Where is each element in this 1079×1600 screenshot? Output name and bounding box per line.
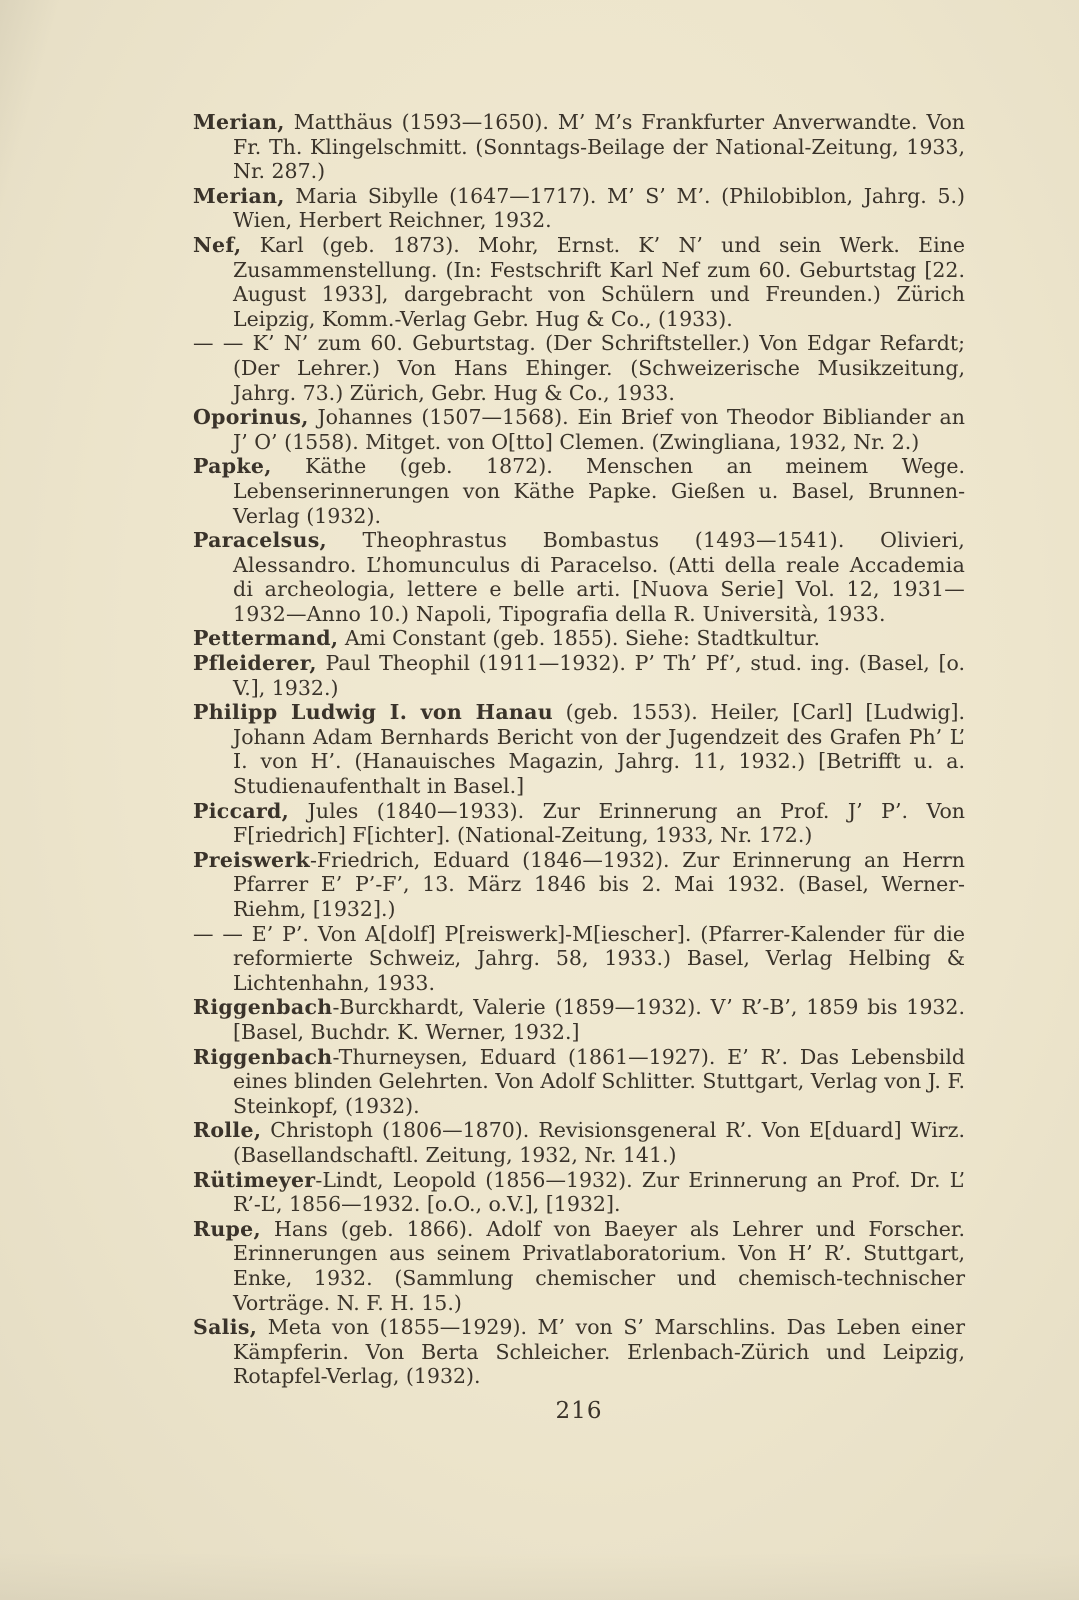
- entry-text: Matthäus (1593—1650). M’ M’s Frankfurter…: [233, 110, 965, 183]
- bibliography-entry: Pfleiderer, Paul Theophil (1911—1932). P…: [193, 651, 965, 700]
- entry-name: Riggenbach: [193, 995, 332, 1019]
- entry-name: Philipp Ludwig I. von Hanau: [193, 700, 553, 724]
- entry-name: Riggenbach: [193, 1045, 332, 1069]
- entry-text: Paul Theophil (1911—1932). P’ Th’ Pf’, s…: [233, 651, 965, 700]
- entry-text: -Thurneysen, Eduard (1861—1927). E’ R’. …: [233, 1045, 965, 1118]
- bibliography-entry: Piccard, Jules (1840—1933). Zur Erinneru…: [193, 799, 965, 848]
- entry-name: Paracelsus,: [193, 528, 327, 552]
- bibliography-entry: Preiswerk-Friedrich, Eduard (1846—1932).…: [193, 848, 965, 922]
- entry-text: Käthe (geb. 1872). Menschen an meinem We…: [233, 454, 965, 527]
- bibliography-entry: Paracelsus, Theophrastus Bombastus (1493…: [193, 528, 965, 626]
- entry-text: Johannes (1507—1568). Ein Brief von Theo…: [233, 405, 965, 454]
- entry-text: Hans (geb. 1866). Adolf von Baeyer als L…: [233, 1217, 965, 1315]
- entry-name: Pfleiderer,: [193, 651, 317, 675]
- entry-text: Meta von (1855—1929). M’ von S’ Marschli…: [233, 1315, 965, 1388]
- entry-name: Piccard,: [193, 799, 289, 823]
- entry-text: Jules (1840—1933). Zur Erinnerung an Pro…: [233, 799, 965, 848]
- bibliography-entry: Oporinus, Johannes (1507—1568). Ein Brie…: [193, 405, 965, 454]
- entry-name: Merian,: [193, 184, 285, 208]
- entry-text: Ami Constant (geb. 1855). Siehe: Stadtku…: [338, 626, 820, 650]
- entry-text: Karl (geb. 1873). Mohr, Ernst. K’ N’ und…: [233, 233, 965, 331]
- entry-name: Oporinus,: [193, 405, 309, 429]
- bibliography-entry: Salis, Meta von (1855—1929). M’ von S’ M…: [193, 1315, 965, 1389]
- entry-name: Salis,: [193, 1315, 257, 1339]
- entry-name: Pettermand,: [193, 626, 338, 650]
- page-number: 216: [193, 1398, 965, 1424]
- entry-text: -Burckhardt, Valerie (1859—1932). V’ R’-…: [233, 995, 965, 1044]
- bibliography-entry: Philipp Ludwig I. von Hanau (geb. 1553).…: [193, 700, 965, 798]
- entry-name: Nef,: [193, 233, 242, 257]
- entry-text: -Lindt, Leopold (1856—1932). Zur Erinner…: [233, 1168, 965, 1217]
- entry-name: Rupe,: [193, 1217, 261, 1241]
- bibliography-entry: Riggenbach-Thurneysen, Eduard (1861—1927…: [193, 1045, 965, 1119]
- bibliography-entry: Rütimeyer-Lindt, Leopold (1856—1932). Zu…: [193, 1168, 965, 1217]
- entry-text: Christoph (1806—1870). Revisionsgeneral …: [233, 1118, 965, 1167]
- bibliography-entry: Merian, Maria Sibylle (1647—1717). M’ S’…: [193, 184, 965, 233]
- entry-name: Preiswerk: [193, 848, 310, 872]
- entry-text: — — E’ P’. Von A[dolf] P[reiswerk]-M[ies…: [193, 922, 965, 995]
- bibliography-entry: Riggenbach-Burckhardt, Valerie (1859—193…: [193, 995, 965, 1044]
- bibliography-entry: Rupe, Hans (geb. 1866). Adolf von Baeyer…: [193, 1217, 965, 1315]
- entry-name: Papke,: [193, 454, 272, 478]
- entry-name: Merian,: [193, 110, 285, 134]
- bibliography-entry: — — E’ P’. Von A[dolf] P[reiswerk]-M[ies…: [193, 922, 965, 996]
- bibliography-entry: — — K’ N’ zum 60. Geburtstag. (Der Schri…: [193, 331, 965, 405]
- bibliography-entry: Pettermand, Ami Constant (geb. 1855). Si…: [193, 626, 965, 651]
- entry-text: Theophrastus Bombastus (1493—1541). Oliv…: [233, 528, 965, 626]
- entry-text: -Friedrich, Eduard (1846—1932). Zur Erin…: [233, 848, 965, 921]
- bibliography-entry: Papke, Käthe (geb. 1872). Menschen an me…: [193, 454, 965, 528]
- entry-name: Rütimeyer: [193, 1168, 315, 1192]
- entry-text: Maria Sibylle (1647—1717). M’ S’ M’. (Ph…: [233, 184, 965, 233]
- bibliography-entry: Merian, Matthäus (1593—1650). M’ M’s Fra…: [193, 110, 965, 184]
- bibliography-entry: Rolle, Christoph (1806—1870). Revisionsg…: [193, 1118, 965, 1167]
- bibliography-entry: Nef, Karl (geb. 1873). Mohr, Ernst. K’ N…: [193, 233, 965, 331]
- entry-text: — — K’ N’ zum 60. Geburtstag. (Der Schri…: [193, 331, 965, 404]
- bibliography-list: Merian, Matthäus (1593—1650). M’ M’s Fra…: [193, 110, 965, 1389]
- entry-name: Rolle,: [193, 1118, 261, 1142]
- document-page: Merian, Matthäus (1593—1650). M’ M’s Fra…: [0, 0, 1079, 1600]
